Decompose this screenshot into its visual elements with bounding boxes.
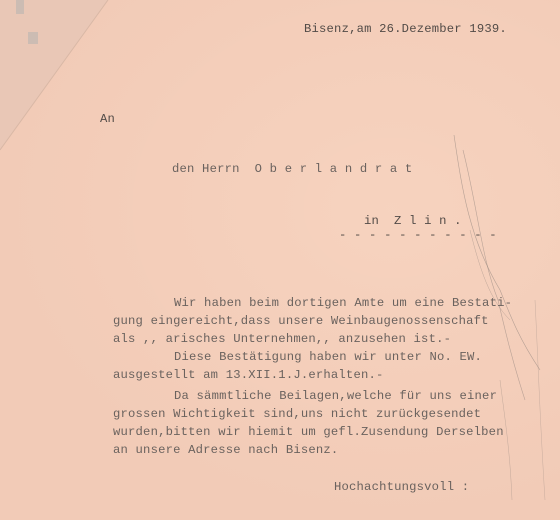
place-date: Bisenz,am 26.Dezember 1939.	[304, 22, 507, 36]
body-line-5: ausgestellt am 13.XII.1.J.erhalten.-	[113, 368, 384, 382]
location-underline: - - - - - - - - - - -	[339, 228, 497, 242]
pencil-marks	[0, 0, 560, 520]
body-line-3: als ,, arisches Unternehmen,, anzusehen …	[113, 332, 451, 346]
body-line-4: Diese Bestätigung haben wir unter No. EW…	[174, 350, 482, 364]
body-line-7: grossen Wichtigkeit sind,uns nicht zurüc…	[113, 407, 481, 421]
body-line-2: gung eingereicht,dass unsere Weinbaugeno…	[113, 314, 489, 328]
salutation-an: An	[100, 112, 115, 126]
body-line-9: an unsere Adresse nach Bisenz.	[113, 443, 338, 457]
body-line-1: Wir haben beim dortigen Amte um eine Bes…	[174, 296, 512, 310]
recipient-line: den Herrn O b e r l a n d r a t	[172, 162, 412, 176]
folded-corner-overlay	[0, 0, 560, 520]
recipient-location: in Z l i n .	[364, 214, 462, 228]
letter-page: Bisenz,am 26.Dezember 1939. An den Herrn…	[0, 0, 560, 520]
body-line-8: wurden,bitten wir hiemit um gefl.Zusendu…	[113, 425, 504, 439]
body-line-6: Da sämmtliche Beilagen,welche für uns ei…	[174, 389, 497, 403]
closing: Hochachtungsvoll :	[334, 480, 469, 494]
